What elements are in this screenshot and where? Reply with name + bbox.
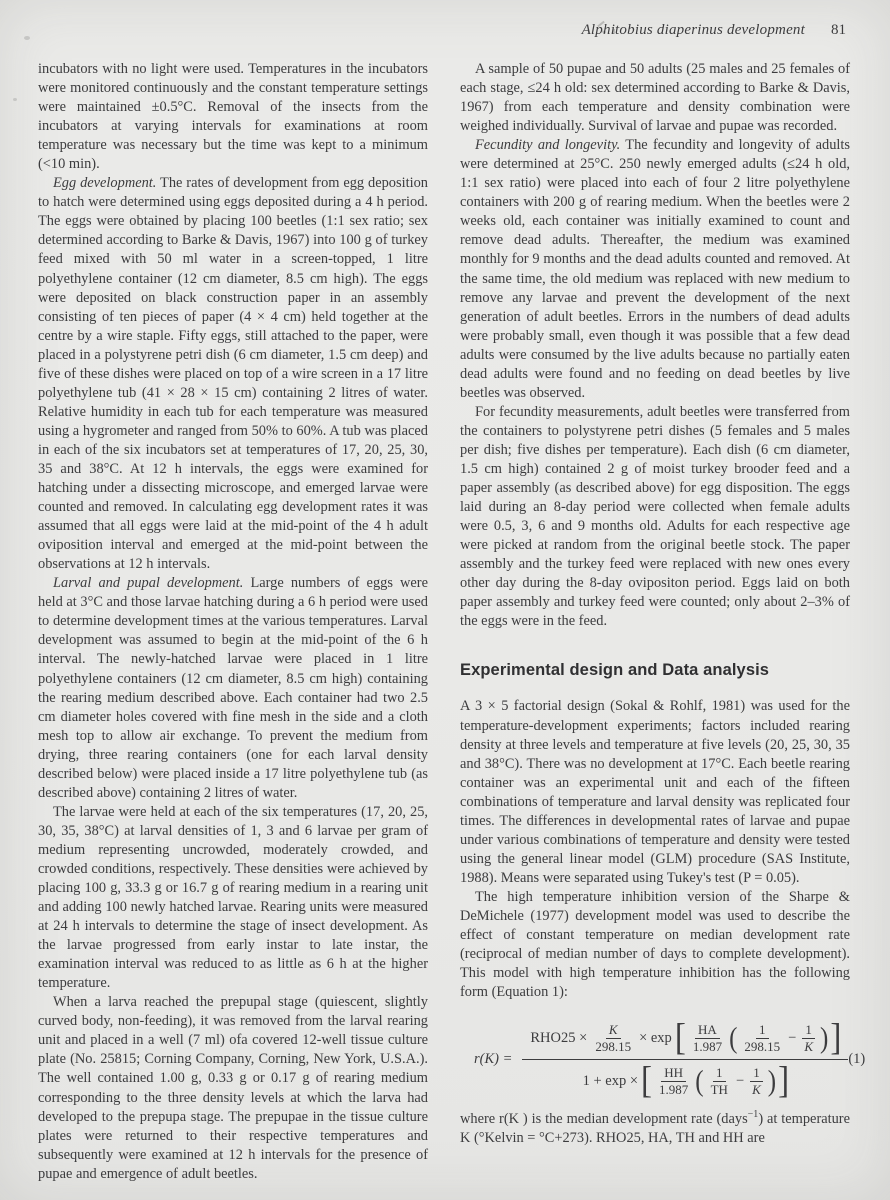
paragraph-text: When a larva reached the prepupal stage … bbox=[38, 994, 428, 1181]
equation-number: (1) bbox=[848, 1050, 865, 1069]
paragraph-sample: A sample of 50 pupae and 50 adults (25 m… bbox=[460, 60, 850, 136]
paragraph-egg-development: Egg development. The rates of developmen… bbox=[38, 174, 428, 574]
eq-frac-hh: HH1.987 bbox=[656, 1065, 691, 1097]
eq-coefficient: RHO25 × bbox=[530, 1029, 587, 1048]
running-head-title: Alphitobius diaperinus development bbox=[582, 22, 805, 39]
right-column: A sample of 50 pupae and 50 adults (25 m… bbox=[460, 60, 850, 1184]
paragraph-fecundity-longevity: Fecundity and longevity. The fecundity a… bbox=[460, 136, 850, 403]
paragraph-lead: Fecundity and longevity. bbox=[475, 137, 620, 153]
left-column: incubators with no light were used. Temp… bbox=[38, 60, 428, 1184]
right-paren: ) bbox=[768, 1069, 776, 1095]
paragraph-larval-pupal: Larval and pupal development. Large numb… bbox=[38, 574, 428, 803]
left-paren: ( bbox=[729, 1026, 737, 1052]
eq-frac-1-k: 1K bbox=[801, 1022, 816, 1054]
paragraph-text: A 3 × 5 factorial design (Sokal & Rohlf,… bbox=[460, 698, 850, 885]
eq-frac-1-th: 1TH bbox=[708, 1065, 731, 1097]
paragraph-lead: Egg development. bbox=[53, 175, 156, 191]
paragraph-text: The larvae were held at each of the six … bbox=[38, 804, 428, 991]
equation-1: r(K) = RHO25 × K298.15 × exp [ HA1.987 (… bbox=[460, 1022, 850, 1097]
scan-speck bbox=[13, 98, 17, 101]
superscript-minus-one: −1 bbox=[748, 1109, 759, 1120]
eq-den-lead: 1 + exp × bbox=[583, 1072, 638, 1091]
paragraph-continuation: incubators with no light were used. Temp… bbox=[38, 60, 428, 174]
paragraph-text: The high temperature inhibition version … bbox=[460, 889, 850, 1000]
running-head: Alphitobius diaperinus development 81 bbox=[582, 22, 846, 39]
scan-speck bbox=[24, 36, 30, 40]
left-paren: ( bbox=[695, 1069, 703, 1095]
page-number: 81 bbox=[831, 22, 846, 39]
eq-frac-k-29815: K298.15 bbox=[592, 1022, 634, 1054]
two-column-body: incubators with no light were used. Temp… bbox=[38, 60, 850, 1184]
paragraph-inhibition-model: The high temperature inhibition version … bbox=[460, 888, 850, 1002]
paragraph-text: incubators with no light were used. Temp… bbox=[38, 61, 428, 172]
minus-sign: − bbox=[788, 1029, 796, 1048]
paragraph-factorial-design: A 3 × 5 factorial design (Sokal & Rohlf,… bbox=[460, 697, 850, 887]
minus-sign: − bbox=[736, 1072, 744, 1091]
equation-lhs: r(K) = bbox=[474, 1050, 512, 1069]
paragraph-lead: Larval and pupal development. bbox=[53, 575, 243, 591]
equation-fraction: RHO25 × K298.15 × exp [ HA1.987 ( 1298.1… bbox=[522, 1022, 848, 1097]
eq-exp: × exp bbox=[639, 1029, 672, 1048]
equation-denominator: 1 + exp × [ HH1.987 ( 1TH − 1K ) ] bbox=[581, 1060, 791, 1097]
paragraph-text: The fecundity and longevity of adults we… bbox=[460, 137, 850, 401]
paragraph-prepupal: When a larva reached the prepupal stage … bbox=[38, 993, 428, 1183]
eq-frac-1-k: 1K bbox=[749, 1065, 764, 1097]
paragraph-text: where r(K ) is the median development ra… bbox=[460, 1111, 748, 1127]
eq-frac-ha: HA1.987 bbox=[690, 1022, 725, 1054]
section-heading: Experimental design and Data analysis bbox=[460, 661, 850, 680]
right-paren: ) bbox=[820, 1026, 828, 1052]
paragraph-text: For fecundity measurements, adult beetle… bbox=[460, 404, 850, 630]
paragraph-where: where r(K ) is the median development ra… bbox=[460, 1110, 850, 1148]
right-bracket: ] bbox=[778, 1065, 789, 1097]
right-bracket: ] bbox=[830, 1022, 841, 1054]
paragraph-larvae-held: The larvae were held at each of the six … bbox=[38, 803, 428, 993]
equation-numerator: RHO25 × K298.15 × exp [ HA1.987 ( 1298.1… bbox=[522, 1022, 848, 1060]
paragraph-fecundity-measurements: For fecundity measurements, adult beetle… bbox=[460, 403, 850, 632]
journal-page: Alphitobius diaperinus development 81 in… bbox=[0, 0, 890, 1200]
paragraph-text: The rates of development from egg deposi… bbox=[38, 175, 428, 572]
paragraph-text: A sample of 50 pupae and 50 adults (25 m… bbox=[460, 61, 850, 134]
left-bracket: [ bbox=[675, 1022, 686, 1054]
paragraph-text: Large numbers of eggs were held at 3°C a… bbox=[38, 575, 428, 801]
left-bracket: [ bbox=[641, 1065, 652, 1097]
eq-frac-1-29815: 1298.15 bbox=[741, 1022, 783, 1054]
